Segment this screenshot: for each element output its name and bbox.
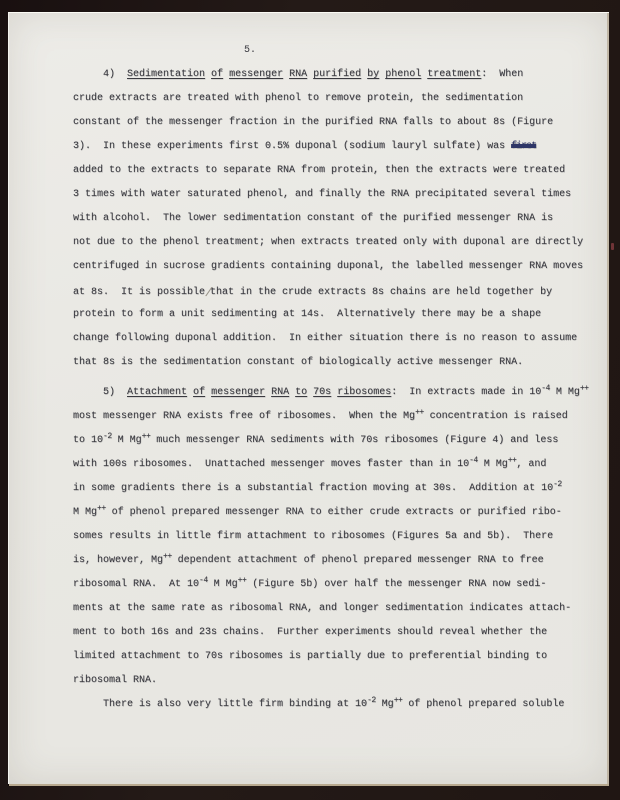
underlined-word: RNA (289, 69, 307, 80)
text-line: 4) Sedimentation of messenger RNA purifi… (73, 63, 598, 87)
text-line: 3). In these experiments first 0.5% dupo… (73, 135, 598, 159)
text-segment: 3 times with water saturated phenol, and… (73, 189, 571, 200)
superscript: ++ (580, 377, 589, 401)
text-line: at 8s. It is possible/that in the crude … (73, 279, 598, 303)
text-segment: 3). In these experiments first 0.5% dupo… (73, 141, 511, 152)
text-segment: Mg (376, 699, 394, 710)
text-line: M Mg++ of phenol prepared messenger RNA … (73, 501, 598, 525)
superscript: -4 (199, 569, 208, 593)
text-line: to 10-2 M Mg++ much messenger RNA sedime… (73, 429, 598, 453)
manuscript-page: 5. 4) Sedimentation of messenger RNA pur… (8, 12, 609, 784)
text-segment: 5) (73, 387, 127, 398)
text-segment: protein to form a unit sedimenting at 14… (73, 309, 541, 320)
paper-edge-shadow (9, 784, 609, 786)
text-segment: crude extracts are treated with phenol t… (73, 93, 523, 104)
pencil-insertion-mark: / (204, 281, 211, 305)
typewritten-text-block: 5. 4) Sedimentation of messenger RNA pur… (73, 39, 598, 717)
text-segment: dependent attachment of phenol prepared … (172, 555, 544, 566)
text-segment: is, however, Mg (73, 555, 163, 566)
text-segment: of phenol prepared soluble (402, 699, 564, 710)
text-segment: M Mg (112, 435, 142, 446)
text-segment: : In extracts made in 10 (391, 387, 541, 398)
superscript: -4 (541, 377, 550, 401)
text-segment: 4) (73, 69, 127, 80)
text-segment: to 10 (73, 435, 103, 446)
underlined-word: of (211, 69, 223, 80)
superscript: -2 (103, 425, 112, 449)
text-line: ments at the same rate as ribosomal RNA,… (73, 597, 598, 621)
text-line: added to the extracts to separate RNA fr… (73, 159, 598, 183)
text-segment: change following duponal addition. In ei… (73, 333, 577, 344)
text-segment: There is also very little firm binding a… (73, 699, 367, 710)
text-line: with 100s ribosomes. Unattached messenge… (73, 453, 598, 477)
paragraph-5-attachment: 5) Attachment of messenger RNA to 70s ri… (73, 381, 598, 693)
underlined-word: 70s (313, 387, 331, 398)
ink-struck-word: first (511, 141, 536, 152)
text-line: with alcohol. The lower sedimentation co… (73, 207, 598, 231)
text-segment: M Mg (478, 459, 508, 470)
text-segment: most messenger RNA exists free of riboso… (73, 411, 415, 422)
text-segment: added to the extracts to separate RNA fr… (73, 165, 565, 176)
text-line: ribosomal RNA. (73, 669, 598, 693)
text-line: change following duponal addition. In ei… (73, 327, 598, 351)
underlined-word: phenol (385, 69, 421, 80)
text-segment: constant of the messenger fraction in th… (73, 117, 553, 128)
text-segment: : When (481, 69, 523, 80)
text-segment: not due to the phenol treatment; when ex… (73, 237, 583, 248)
text-line: protein to form a unit sedimenting at 14… (73, 303, 598, 327)
text-segment: , and (516, 459, 546, 470)
text-line: constant of the messenger fraction in th… (73, 111, 598, 135)
superscript: ++ (97, 497, 106, 521)
text-line: most messenger RNA exists free of riboso… (73, 405, 598, 429)
scan-artifact-red-mark (611, 243, 614, 250)
paragraph-4-sedimentation: 4) Sedimentation of messenger RNA purifi… (73, 63, 598, 375)
underlined-word: purified (313, 69, 361, 80)
underlined-word: RNA (271, 387, 289, 398)
text-line: ribosomal RNA. At 10-4 M Mg++ (Figure 5b… (73, 573, 598, 597)
underlined-word: Attachment (127, 387, 187, 398)
underlined-word: messenger (211, 387, 265, 398)
text-line: limited attachment to 70s ribosomes is p… (73, 645, 598, 669)
underlined-word: treatment (427, 69, 481, 80)
text-line: is, however, Mg++ dependent attachment o… (73, 549, 598, 573)
document-body: 4) Sedimentation of messenger RNA purifi… (73, 63, 598, 717)
text-segment: ribosomal RNA. (73, 675, 157, 686)
text-line: not due to the phenol treatment; when ex… (73, 231, 598, 255)
underlined-word: by (367, 69, 379, 80)
scanned-document: 5. 4) Sedimentation of messenger RNA pur… (0, 0, 620, 800)
text-segment: (Figure 5b) over half the messenger RNA … (246, 579, 546, 590)
superscript: -2 (367, 689, 376, 713)
text-segment: M Mg (550, 387, 580, 398)
underlined-word: of (193, 387, 205, 398)
text-segment: in some gradients there is a substantial… (73, 483, 553, 494)
text-segment: concentration is raised (424, 411, 568, 422)
paragraph-6-soluble-rna: There is also very little firm binding a… (73, 693, 598, 717)
text-line: There is also very little firm binding a… (73, 693, 598, 717)
superscript: ++ (238, 569, 247, 593)
text-segment: much messenger RNA sediments with 70s ri… (150, 435, 558, 446)
underlined-word: to (295, 387, 307, 398)
text-segment: with alcohol. The lower sedimentation co… (73, 213, 553, 224)
text-segment: ribosomal RNA. At 10 (73, 579, 199, 590)
superscript: ++ (415, 401, 424, 425)
underlined-word: ribosomes (337, 387, 391, 398)
superscript: ++ (142, 425, 151, 449)
text-segment: that in the crude extracts 8s chains are… (210, 287, 552, 298)
text-line: 5) Attachment of messenger RNA to 70s ri… (73, 381, 598, 405)
text-line: crude extracts are treated with phenol t… (73, 87, 598, 111)
superscript: ++ (394, 689, 403, 713)
text-segment: somes results in little firm attachment … (73, 531, 553, 542)
text-line: 3 times with water saturated phenol, and… (73, 183, 598, 207)
text-line: in some gradients there is a substantial… (73, 477, 598, 501)
text-segment: M Mg (73, 507, 97, 518)
superscript: ++ (508, 449, 517, 473)
underlined-word: messenger (229, 69, 283, 80)
superscript: -4 (469, 449, 478, 473)
text-segment: centrifuged in sucrose gradients contain… (73, 261, 583, 272)
text-line: somes results in little firm attachment … (73, 525, 598, 549)
text-segment: at 8s. It is possible (73, 287, 205, 298)
page-number: 5. (73, 39, 598, 63)
text-line: centrifuged in sucrose gradients contain… (73, 255, 598, 279)
superscript: -2 (553, 473, 562, 497)
text-line: that 8s is the sedimentation constant of… (73, 351, 598, 375)
underlined-word: Sedimentation (127, 69, 205, 80)
text-segment: of phenol prepared messenger RNA to eith… (106, 507, 562, 518)
text-segment: M Mg (208, 579, 238, 590)
superscript: ++ (163, 545, 172, 569)
text-segment: that 8s is the sedimentation constant of… (73, 357, 523, 368)
text-segment: limited attachment to 70s ribosomes is p… (73, 651, 547, 662)
text-segment: ments at the same rate as ribosomal RNA,… (73, 603, 571, 614)
text-line: ment to both 16s and 23s chains. Further… (73, 621, 598, 645)
text-segment: with 100s ribosomes. Unattached messenge… (73, 459, 469, 470)
text-segment: ment to both 16s and 23s chains. Further… (73, 627, 547, 638)
